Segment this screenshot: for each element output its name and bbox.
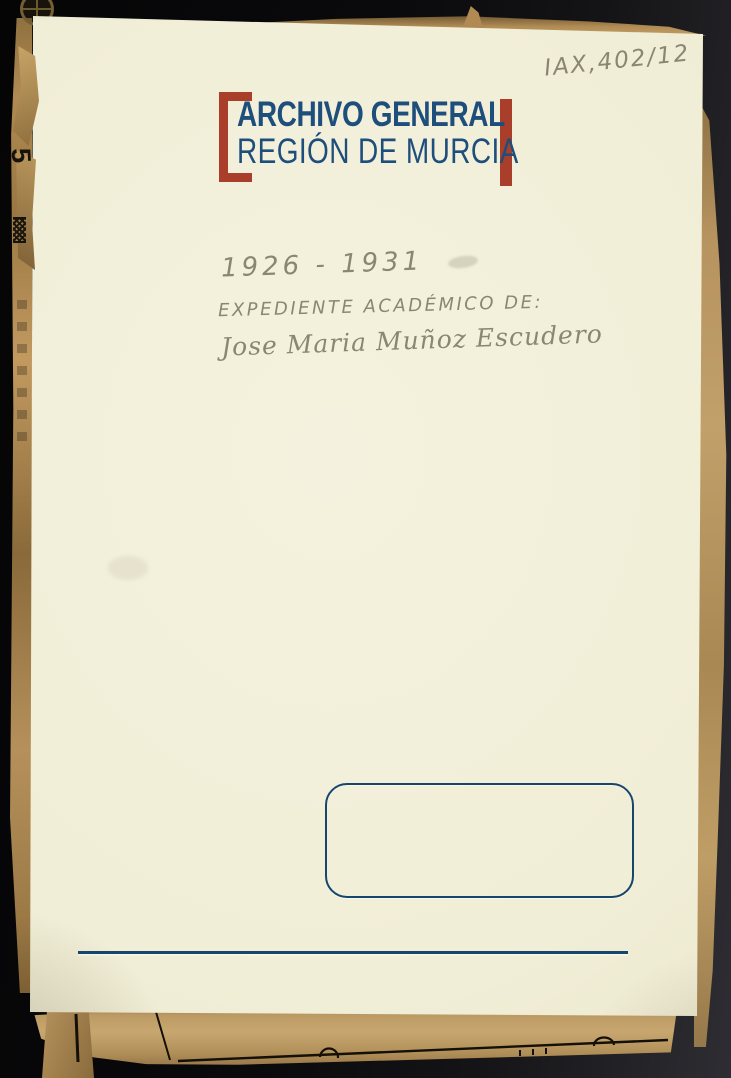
archivo-general-logo: ARCHIVO GENERAL REGIÓN DE MURCIA [219,92,519,187]
footer-rule [78,951,628,954]
spine-faded-lettering [17,300,27,445]
logo-text: ARCHIVO GENERAL REGIÓN DE MURCIA [237,96,501,170]
paper-smudge [108,556,148,580]
photographed-archive-folder: 5 ARCHIVO GENERAL REGIÓN DE MURCIA IAX,4… [0,0,731,1078]
empty-label-box [325,783,634,898]
logo-title: ARCHIVO GENERAL [237,96,501,133]
spine-ornament-stamp-icon [13,217,26,243]
spine-printed-digit: 5 [5,147,37,164]
logo-subtitle: REGIÓN DE MURCIA [237,133,501,170]
